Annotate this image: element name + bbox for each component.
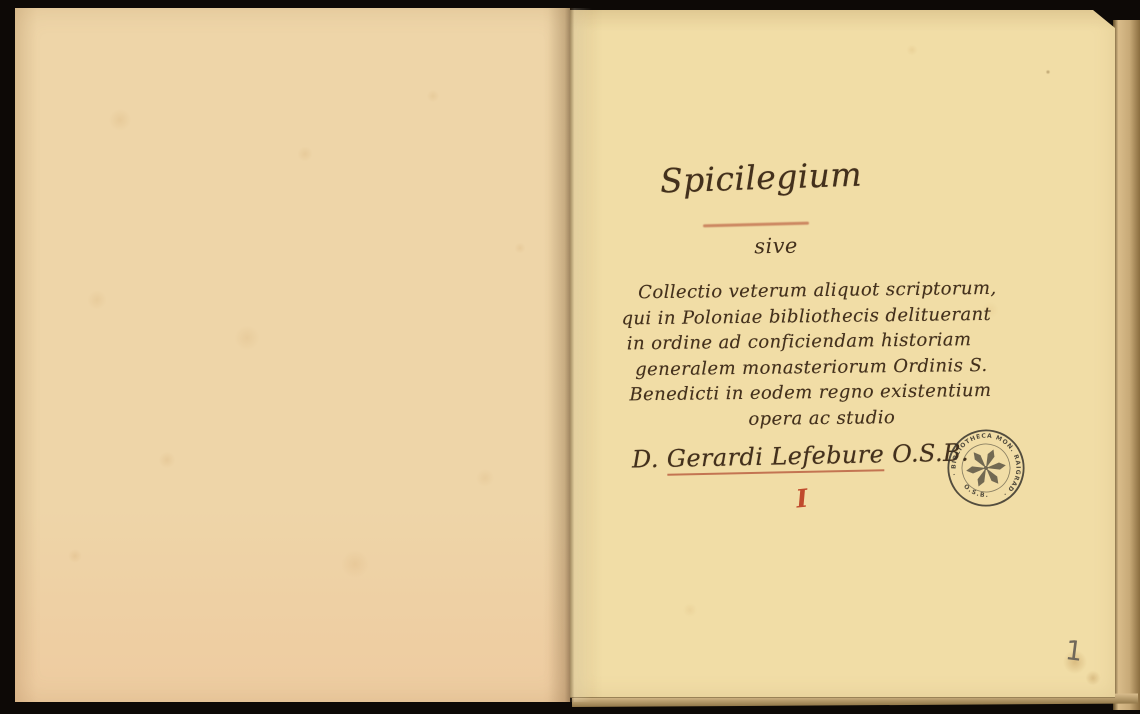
manuscript-line: Collectio veterum aliquot scriptorum, [638,276,1019,306]
author-line: D. Gerardi Lefebure O.S.B. [628,438,974,473]
volume-numeral: I [779,482,826,515]
library-stamp: · BIBLIOTHECA MON. RAIGRAD · O.S.B. [934,416,1038,520]
title-page: Spicilegium sive Collectio veterum aliqu… [570,10,1115,698]
manuscript-body: Collectio veterum aliquot scriptorum, qu… [621,276,1021,434]
manuscript-line: Benedicti in eodem regno existentium [629,378,1020,408]
page-stack-edge-right [1113,20,1140,710]
manuscript-title: Spicilegium [630,153,891,201]
pencil-page-number: 1 [1054,634,1094,669]
author-prefix: D. [632,445,659,474]
manuscript-subtitle: sive [676,232,876,259]
title-red-underline [703,222,809,228]
book-scan: Spicilegium sive Collectio veterum aliqu… [0,0,1140,714]
author-name: Gerardi Lefebure [667,440,885,476]
left-blank-page [15,8,570,702]
